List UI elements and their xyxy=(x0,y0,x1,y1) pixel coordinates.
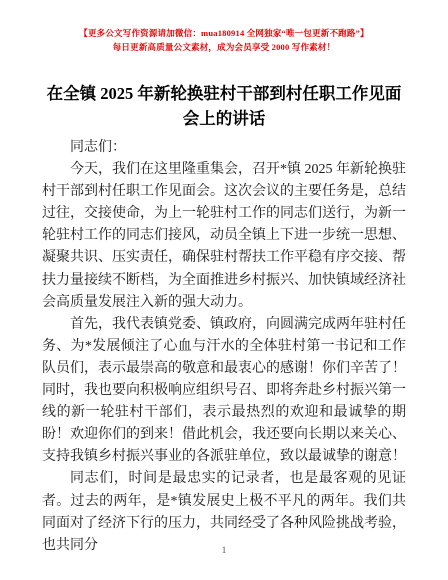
paragraph: 同志们，时间是最忠实的记录者，也是最客观的见证者。过去的两年，是*镇发展史上极不… xyxy=(42,468,406,556)
promo-line-2: 每日更新高质量公文素材，成为会员享受 2000 写作素材！ xyxy=(0,41,448,55)
document-title: 在全镇 2025 年新轮换驻村干部到村任职工作见面会上的讲话 xyxy=(40,81,408,131)
document-page: 【更多公文写作资源请加微信：mua180914 全网独家“唯一包更新不跑路”】 … xyxy=(0,0,448,580)
page-number: 1 xyxy=(0,546,448,556)
salutation: 同志们： xyxy=(42,137,406,159)
paragraph: 今天，我们在这里隆重集会，召开*镇 2025 年新轮换驻村干部到村任职工作见面会… xyxy=(42,159,406,314)
document-body: 同志们： 今天，我们在这里隆重集会，召开*镇 2025 年新轮换驻村干部到村任职… xyxy=(42,137,406,557)
promo-line-1: 【更多公文写作资源请加微信：mua180914 全网独家“唯一包更新不跑路”】 xyxy=(0,27,448,41)
paragraph: 首先，我代表镇党委、镇政府，向圆满完成两年驻村任务、为*发展倾注了心血与汗水的全… xyxy=(42,314,406,469)
promo-header: 【更多公文写作资源请加微信：mua180914 全网独家“唯一包更新不跑路”】 … xyxy=(0,27,448,54)
